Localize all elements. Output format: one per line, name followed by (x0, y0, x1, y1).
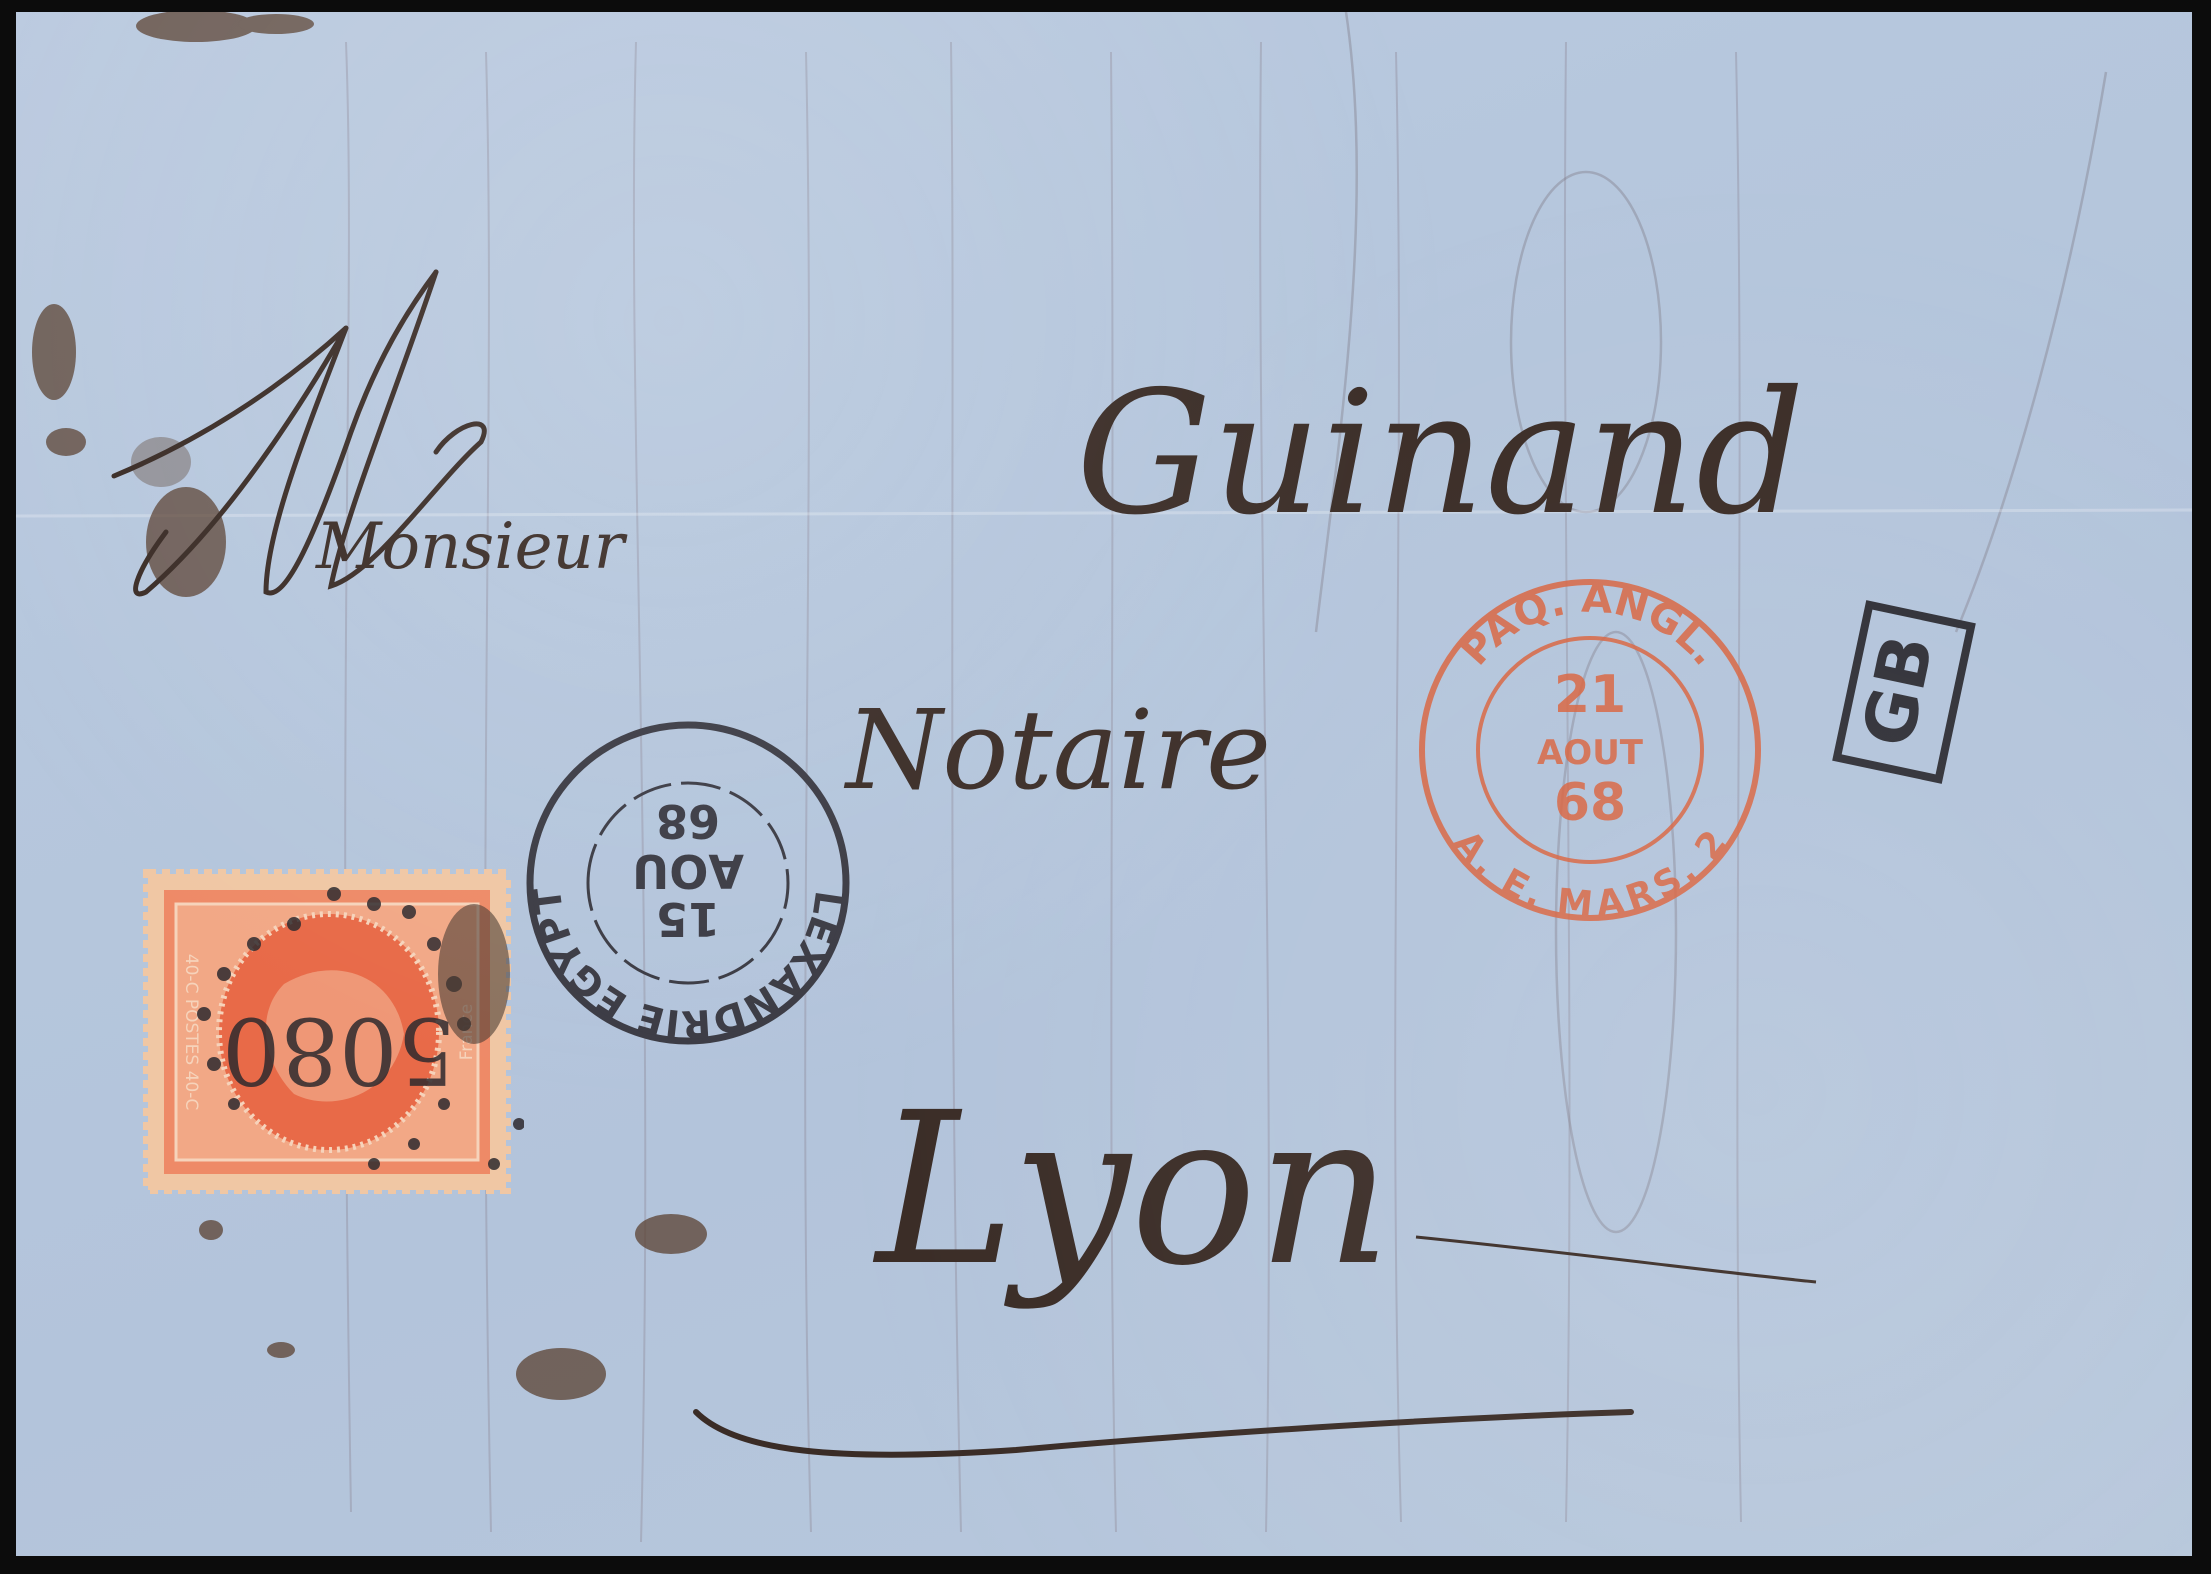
letter-cover: Monsieur Guinand Notaire Lyon 40-C POSTE… (16, 12, 2192, 1556)
boxed-gb-mark: GB (16, 12, 2192, 1556)
